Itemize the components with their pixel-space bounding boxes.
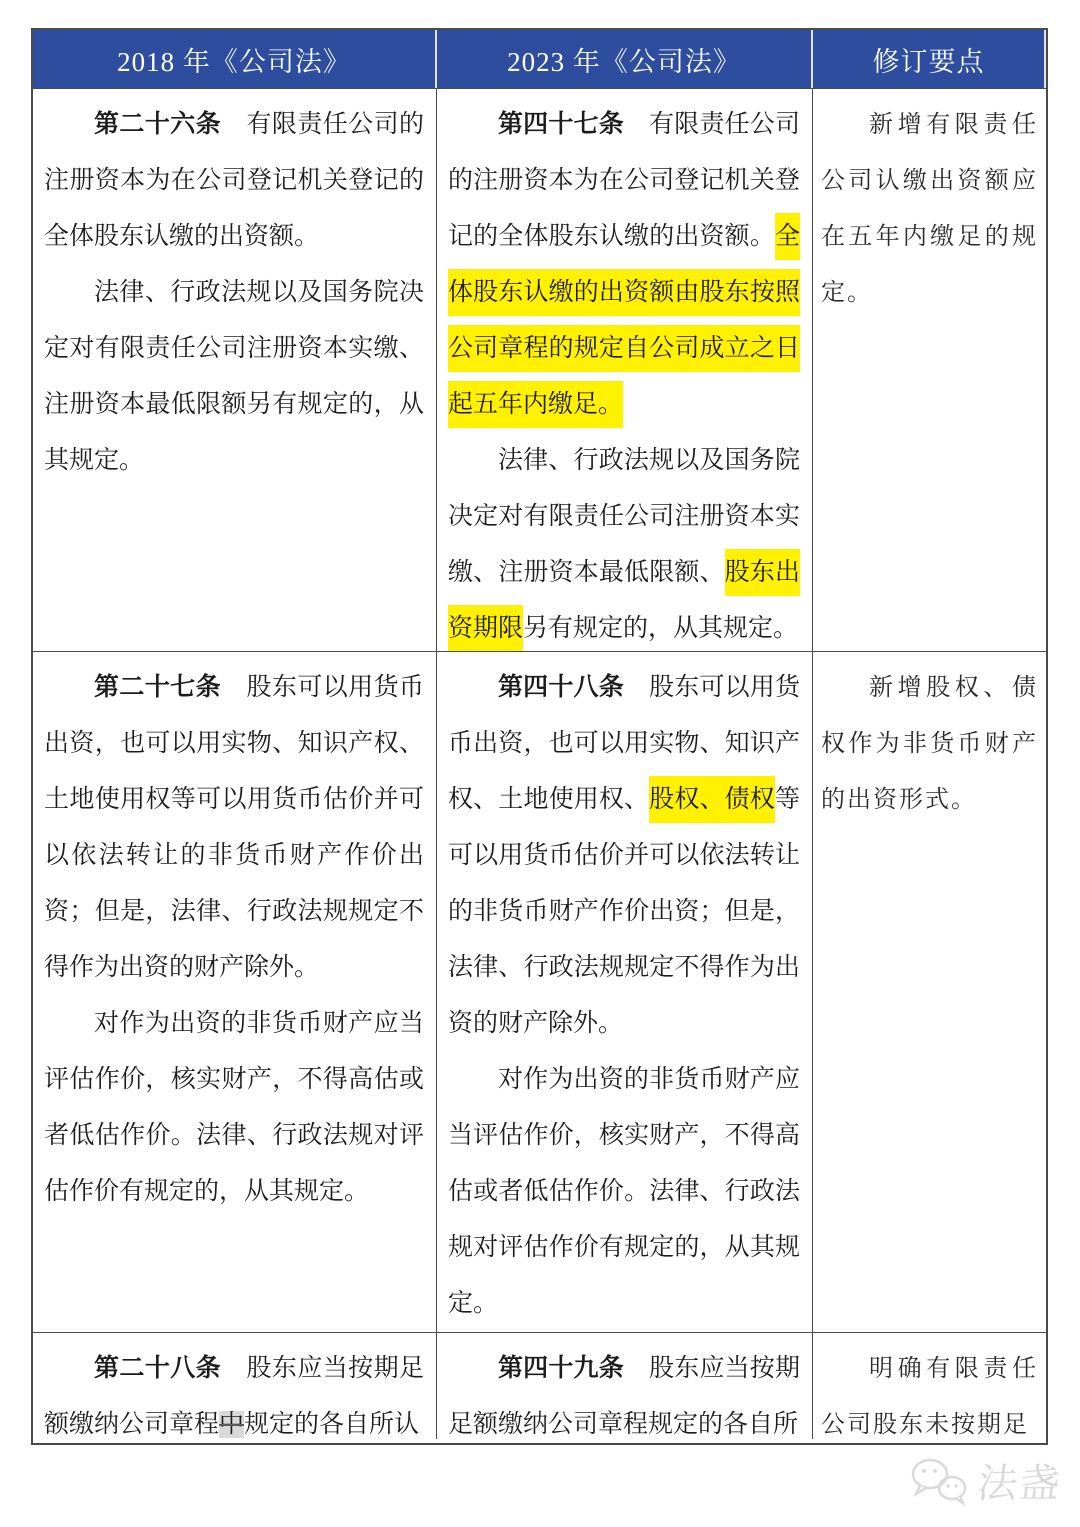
cell-revision-point-2: 新增股权、债权作为非货币财产的出资形式。: [813, 651, 1046, 1332]
body-text: 第四十七条: [498, 111, 624, 138]
body-text: 股东可以用货币出资，也可以用实物、知识产权、土地使用权等可以用货币估价并可以依法…: [44, 674, 424, 981]
cell-revision-point-3: 明确有限责任公司股东未按期足: [813, 1332, 1046, 1439]
law-paragraph: 第四十七条 有限责任公司的注册资本为在公司登记机关登记的全体股东认缴的出资额。全…: [448, 97, 800, 433]
deleted-text: 中: [219, 1411, 244, 1438]
body-text: 第四十九条: [498, 1355, 624, 1382]
header-revision-label: 修订要点: [873, 40, 985, 79]
watermark-brand-text: 法盏: [975, 1452, 1065, 1509]
law-paragraph: 法律、行政法规以及国务院决定对有限责任公司注册资本实缴、注册资本最低限额、股东出…: [448, 433, 800, 651]
body-text: 新增股权、债权作为非货币财产的出资形式。: [821, 675, 1038, 813]
cell-revision-point-1: 新增有限责任公司认缴出资额应在五年内缴足的规定。: [813, 88, 1046, 651]
law-paragraph: 对作为出资的非货币财产应当评估作价，核实财产，不得高估或者低估作价。法律、行政法…: [448, 1052, 800, 1332]
law-paragraph: 新增有限责任公司认缴出资额应在五年内缴足的规定。: [821, 97, 1038, 321]
law-paragraph: 对作为出资的非货币财产应当评估作价，核实财产，不得高估或者低估作价。法律、行政法…: [44, 996, 424, 1220]
law-paragraph: 第二十六条 有限责任公司的注册资本为在公司登记机关登记的全体股东认缴的出资额。: [44, 97, 424, 265]
law-paragraph: 第二十七条 股东可以用货币出资，也可以用实物、知识产权、土地使用权等可以用货币估…: [44, 660, 424, 996]
cell-2018-article-28: 第二十八条 股东应当按期足额缴纳公司章程中规定的各自所认: [33, 1332, 437, 1439]
body-text: 第四十八条: [498, 674, 624, 701]
body-text: 新增有限责任公司认缴出资额应在五年内缴足的规定。: [821, 112, 1038, 306]
header-2018-label: 2018 年《公司法》: [117, 40, 351, 79]
law-paragraph: 明确有限责任公司股东未按期足: [821, 1341, 1038, 1439]
body-text: 规定的各自所认: [244, 1411, 419, 1438]
body-text: 对作为出资的非货币财产应当评估作价，核实财产，不得高估或者低估作价。法律、行政法…: [448, 1066, 800, 1317]
law-paragraph: 新增股权、债权作为非货币财产的出资形式。: [821, 660, 1038, 828]
wechat-logo-icon: [908, 1455, 970, 1507]
cell-2018-article-27: 第二十七条 股东可以用货币出资，也可以用实物、知识产权、土地使用权等可以用货币估…: [33, 651, 437, 1332]
body-text: 明确有限责任公司股东未按期足: [821, 1356, 1038, 1438]
body-text: 第二十七条: [94, 674, 221, 701]
body-text: 对作为出资的非货币财产应当评估作价，核实财产，不得高估或者低估作价。法律、行政法…: [44, 1010, 424, 1205]
law-paragraph: 第四十八条 股东可以用货币出资，也可以用实物、知识产权、土地使用权、股权、债权等…: [448, 660, 800, 1052]
header-2023-label: 2023 年《公司法》: [507, 40, 741, 79]
law-paragraph: 第二十八条 股东应当按期足额缴纳公司章程中规定的各自所认: [44, 1341, 424, 1439]
header-revision-points: 修订要点: [813, 30, 1046, 88]
header-2023-company-law: 2023 年《公司法》: [437, 30, 813, 88]
body-text: 等可以用货币估价并可以依法转让的非货币财产作价出资；但是，法律、行政法规规定不得…: [448, 786, 800, 1037]
body-text: 法律、行政法规以及国务院决定对有限责任公司注册资本实缴、注册资本最低限额另有规定…: [44, 279, 424, 474]
law-paragraph: 第四十九条 股东应当按期足额缴纳公司章程规定的各自所: [448, 1341, 800, 1439]
body-text: 另有规定的，从其规定。: [523, 615, 798, 642]
cell-2023-article-48: 第四十八条 股东可以用货币出资，也可以用实物、知识产权、土地使用权、股权、债权等…: [437, 651, 813, 1332]
law-comparison-table: 2018 年《公司法》 2023 年《公司法》 修订要点 第二十六条 有限责任公…: [31, 28, 1048, 1445]
header-2018-company-law: 2018 年《公司法》: [33, 30, 437, 88]
watermark: 法盏: [908, 1452, 1062, 1509]
body-text: 第二十六条: [94, 111, 221, 138]
cell-2018-article-26: 第二十六条 有限责任公司的注册资本为在公司登记机关登记的全体股东认缴的出资额。法…: [33, 88, 437, 651]
body-text: 第二十八条: [94, 1355, 221, 1382]
highlighted-text: 股权、债权: [649, 776, 775, 823]
law-paragraph: 法律、行政法规以及国务院决定对有限责任公司注册资本实缴、注册资本最低限额另有规定…: [44, 265, 424, 489]
cell-2023-article-47: 第四十七条 有限责任公司的注册资本为在公司登记机关登记的全体股东认缴的出资额。全…: [437, 88, 813, 651]
cell-2023-article-49: 第四十九条 股东应当按期足额缴纳公司章程规定的各自所: [437, 1332, 813, 1439]
